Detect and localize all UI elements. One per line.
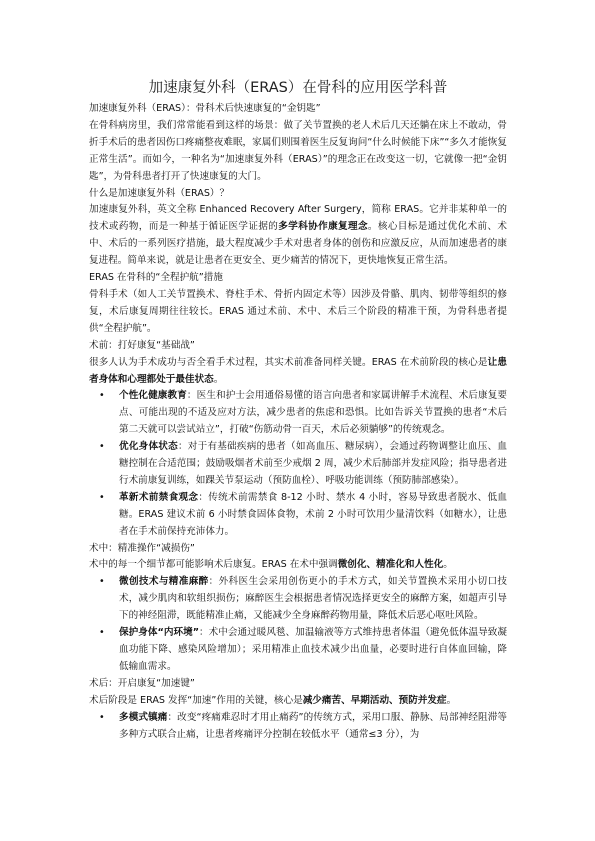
bold-text: 多学科协作康复理念 <box>278 221 368 232</box>
intraop-heading: 术中：精准操作“减损伤” <box>89 541 507 558</box>
text-run: 。 <box>214 374 224 385</box>
item-text: ：改变“疼痛难忍时才用止痛药”的传统方式，采用口服、静脉、局部神经阻滞等多种方式… <box>119 712 507 740</box>
text-run: 。 <box>447 695 457 706</box>
preop-heading: 术前：打好康复“基础战” <box>89 338 507 355</box>
list-item: •个性化健康教育：医生和护士会用通俗易懂的语言向患者和家属讲解手术流程、术后康复… <box>119 388 507 439</box>
list-item: •多模式镇痛：改变“疼痛难忍时才用止痛药”的传统方式，采用口服、静脉、局部神经阻… <box>119 710 507 744</box>
list-item: •保护身体“内环境”：术中会通过暖风毯、加温输液等方式维持患者体温（避免低体温导… <box>119 625 507 676</box>
postop-list: •多模式镇痛：改变“疼痛难忍时才用止痛药”的传统方式，采用口服、静脉、局部神经阻… <box>89 710 507 744</box>
what-heading: 什么是加速康复外科（ERAS）？ <box>89 186 507 203</box>
measures-paragraph: 骨科手术（如人工关节置换术、脊柱手术、骨折内固定术等）因涉及骨骼、肌肉、韧带等组… <box>89 287 507 338</box>
list-item: •优化身体状态：对于有基础疾病的患者（如高血压、糖尿病），会通过药物调整让血压、… <box>119 439 507 490</box>
what-paragraph: 加速康复外科，英文全称 Enhanced Recovery After Surg… <box>89 202 507 270</box>
item-label: 微创技术与精准麻醉 <box>119 576 209 587</box>
intro-heading: 加速康复外科（ERAS）：骨科术后快速康复的“金钥匙” <box>89 101 507 118</box>
list-item: •革新术前禁食观念：传统术前需禁食 8-12 小时、禁水 4 小时，容易导致患者… <box>119 490 507 541</box>
list-item: •微创技术与精准麻醉：外科医生会采用创伤更小的手术方式，如关节置换术采用小切口技… <box>119 574 507 625</box>
intraop-list: •微创技术与精准麻醉：外科医生会采用创伤更小的手术方式，如关节置换术采用小切口技… <box>89 574 507 675</box>
item-label: 多模式镇痛 <box>119 712 167 723</box>
item-label: 个性化健康教育 <box>119 390 187 401</box>
bullet-icon: • <box>99 439 105 456</box>
text-run: 术后阶段是 ERAS 发挥“加速”作用的关键，核心是 <box>89 695 303 706</box>
bullet-icon: • <box>99 625 105 642</box>
postop-heading: 术后：开启康复“加速键” <box>89 676 507 693</box>
intraop-paragraph: 术中的每一个细节都可能影响术后康复。ERAS 在术中强调微创化、精准化和人性化。 <box>89 557 507 574</box>
bullet-icon: • <box>99 574 105 591</box>
item-label: 革新术前禁食观念 <box>119 492 198 503</box>
item-label: 优化身体状态 <box>119 441 178 452</box>
text-run: 术中的每一个细节都可能影响术后康复。ERAS 在术中强调 <box>89 559 338 570</box>
text-run: 。 <box>443 559 453 570</box>
document-title: 加速康复外科（ERAS）在骨科的应用医学科普 <box>89 78 507 98</box>
measures-heading: ERAS 在骨科的“全程护航”措施 <box>89 270 507 287</box>
bold-text: 微创化、精准化和人性化 <box>338 559 444 570</box>
bullet-icon: • <box>99 490 105 507</box>
postop-paragraph: 术后阶段是 ERAS 发挥“加速”作用的关键，核心是减少痛苦、早期活动、预防并发… <box>89 693 507 710</box>
bullet-icon: • <box>99 388 105 405</box>
bullet-icon: • <box>99 710 105 727</box>
item-label: 保护身体“内环境” <box>119 627 199 638</box>
preop-list: •个性化健康教育：医生和护士会用通俗易懂的语言向患者和家属讲解手术流程、术后康复… <box>89 388 507 540</box>
intro-paragraph: 在骨科病房里，我们常常能看到这样的场景：做了关节置换的老人术后几天还躺在床上不敢… <box>89 118 507 186</box>
document-page: 加速康复外科（ERAS）在骨科的应用医学科普 加速康复外科（ERAS）：骨科术后… <box>89 78 507 743</box>
text-run: 很多人认为手术成功与否全看手术过程，其实术前准备同样关键。ERAS 在术前阶段的… <box>89 357 488 368</box>
preop-paragraph: 很多人认为手术成功与否全看手术过程，其实术前准备同样关键。ERAS 在术前阶段的… <box>89 355 507 389</box>
bold-text: 减少痛苦、早期活动、预防并发症 <box>303 695 447 706</box>
item-text: ：对于有基础疾病的患者（如高血压、糖尿病），会通过药物调整让血压、血糖控制在合适… <box>119 441 507 486</box>
